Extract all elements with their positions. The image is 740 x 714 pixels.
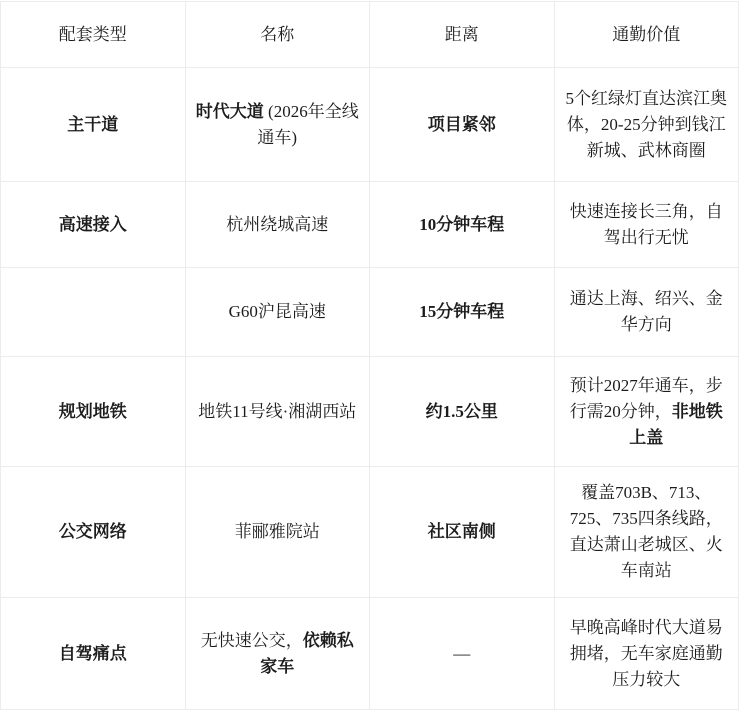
text-segment: 早晚高峰时代大道易拥堵，无车家庭通勤压力较大 [570,618,723,689]
cell-name: 无快速公交，依赖私家车 [185,598,370,710]
text-segment: 5个红绿灯直达滨江奥体，20-25分钟到钱江新城、武林商圈 [566,89,728,160]
cell-distance: 15分钟车程 [370,268,555,357]
table-row: 规划地铁 地铁11号线·湘湖西站 约1.5公里 预计2027年通车，步行需20分… [1,357,739,467]
text-segment: 约1.5公里 [426,402,498,421]
commute-table: 配套类型 名称 距离 通勤价值 主干道 时代大道 (2026年全线通车) 项目紧… [0,1,739,710]
text-segment: 10分钟车程 [419,215,504,234]
cell-value: 早晚高峰时代大道易拥堵，无车家庭通勤压力较大 [554,598,739,710]
page: 配套类型 名称 距离 通勤价值 主干道 时代大道 (2026年全线通车) 项目紧… [0,0,740,714]
cell-distance: 约1.5公里 [370,357,555,467]
text-segment: 自驾痛点 [59,644,127,663]
cell-name: 地铁11号线·湘湖西站 [185,357,370,467]
cell-value: 预计2027年通车，步行需20分钟，非地铁上盖 [554,357,739,467]
table-row: 自驾痛点 无快速公交，依赖私家车 — 早晚高峰时代大道易拥堵，无车家庭通勤压力较… [1,598,739,710]
table-row: 高速接入 杭州绕城高速 10分钟车程 快速连接长三角，自驾出行无忧 [1,182,739,268]
text-segment: 社区南侧 [428,522,496,541]
cell-distance: — [370,598,555,710]
text-segment: 项目紧邻 [428,115,496,134]
text-segment: 菲郦雅院站 [235,522,320,541]
text-segment: G60沪昆高速 [229,302,326,321]
text-segment: 时代大道 [196,102,264,121]
cell-type: 高速接入 [1,182,186,268]
cell-distance: 10分钟车程 [370,182,555,268]
cell-name: 时代大道 (2026年全线通车) [185,68,370,182]
text-segment: 15分钟车程 [419,302,504,321]
cell-name: 菲郦雅院站 [185,467,370,598]
table-header-row: 配套类型 名称 距离 通勤价值 [1,2,739,68]
text-segment: 高速接入 [59,215,127,234]
cell-distance: 社区南侧 [370,467,555,598]
text-segment: (2026年全线通车) [257,102,358,147]
header-cell-value: 通勤价值 [554,2,739,68]
cell-distance: 项目紧邻 [370,68,555,182]
em-dash: — [453,644,470,663]
header-label: 名称 [260,25,294,44]
text-segment: 快速连接长三角，自驾出行无忧 [570,202,723,247]
table-row: 主干道 时代大道 (2026年全线通车) 项目紧邻 5个红绿灯直达滨江奥体，20… [1,68,739,182]
text-segment: 公交网络 [59,522,127,541]
text-segment: 规划地铁 [59,402,127,421]
cell-type: 公交网络 [1,467,186,598]
header-cell-distance: 距离 [370,2,555,68]
text-segment: 主干道 [67,115,118,134]
table-row: 公交网络 菲郦雅院站 社区南侧 覆盖703B、713、725、735四条线路，直… [1,467,739,598]
header-label: 通勤价值 [612,25,680,44]
header-label: 配套类型 [59,25,127,44]
cell-value: 快速连接长三角，自驾出行无忧 [554,182,739,268]
cell-value: 通达上海、绍兴、金华方向 [554,268,739,357]
cell-value: 覆盖703B、713、725、735四条线路，直达萧山老城区、火车南站 [554,467,739,598]
text-segment: 无快速公交， [201,631,303,650]
cell-name: 杭州绕城高速 [185,182,370,268]
text-segment: 地铁11号线·湘湖西站 [198,402,356,421]
text-segment: 杭州绕城高速 [226,215,328,234]
text-segment: 通达上海、绍兴、金华方向 [570,289,723,334]
text-segment: 覆盖703B、713、725、735四条线路，直达萧山老城区、火车南站 [570,483,723,580]
cell-type: 主干道 [1,68,186,182]
cell-name: G60沪昆高速 [185,268,370,357]
cell-type [1,268,186,357]
header-cell-type: 配套类型 [1,2,186,68]
header-label: 距离 [445,25,479,44]
cell-type: 自驾痛点 [1,598,186,710]
header-cell-name: 名称 [185,2,370,68]
table-row: G60沪昆高速 15分钟车程 通达上海、绍兴、金华方向 [1,268,739,357]
cell-value: 5个红绿灯直达滨江奥体，20-25分钟到钱江新城、武林商圈 [554,68,739,182]
cell-type: 规划地铁 [1,357,186,467]
